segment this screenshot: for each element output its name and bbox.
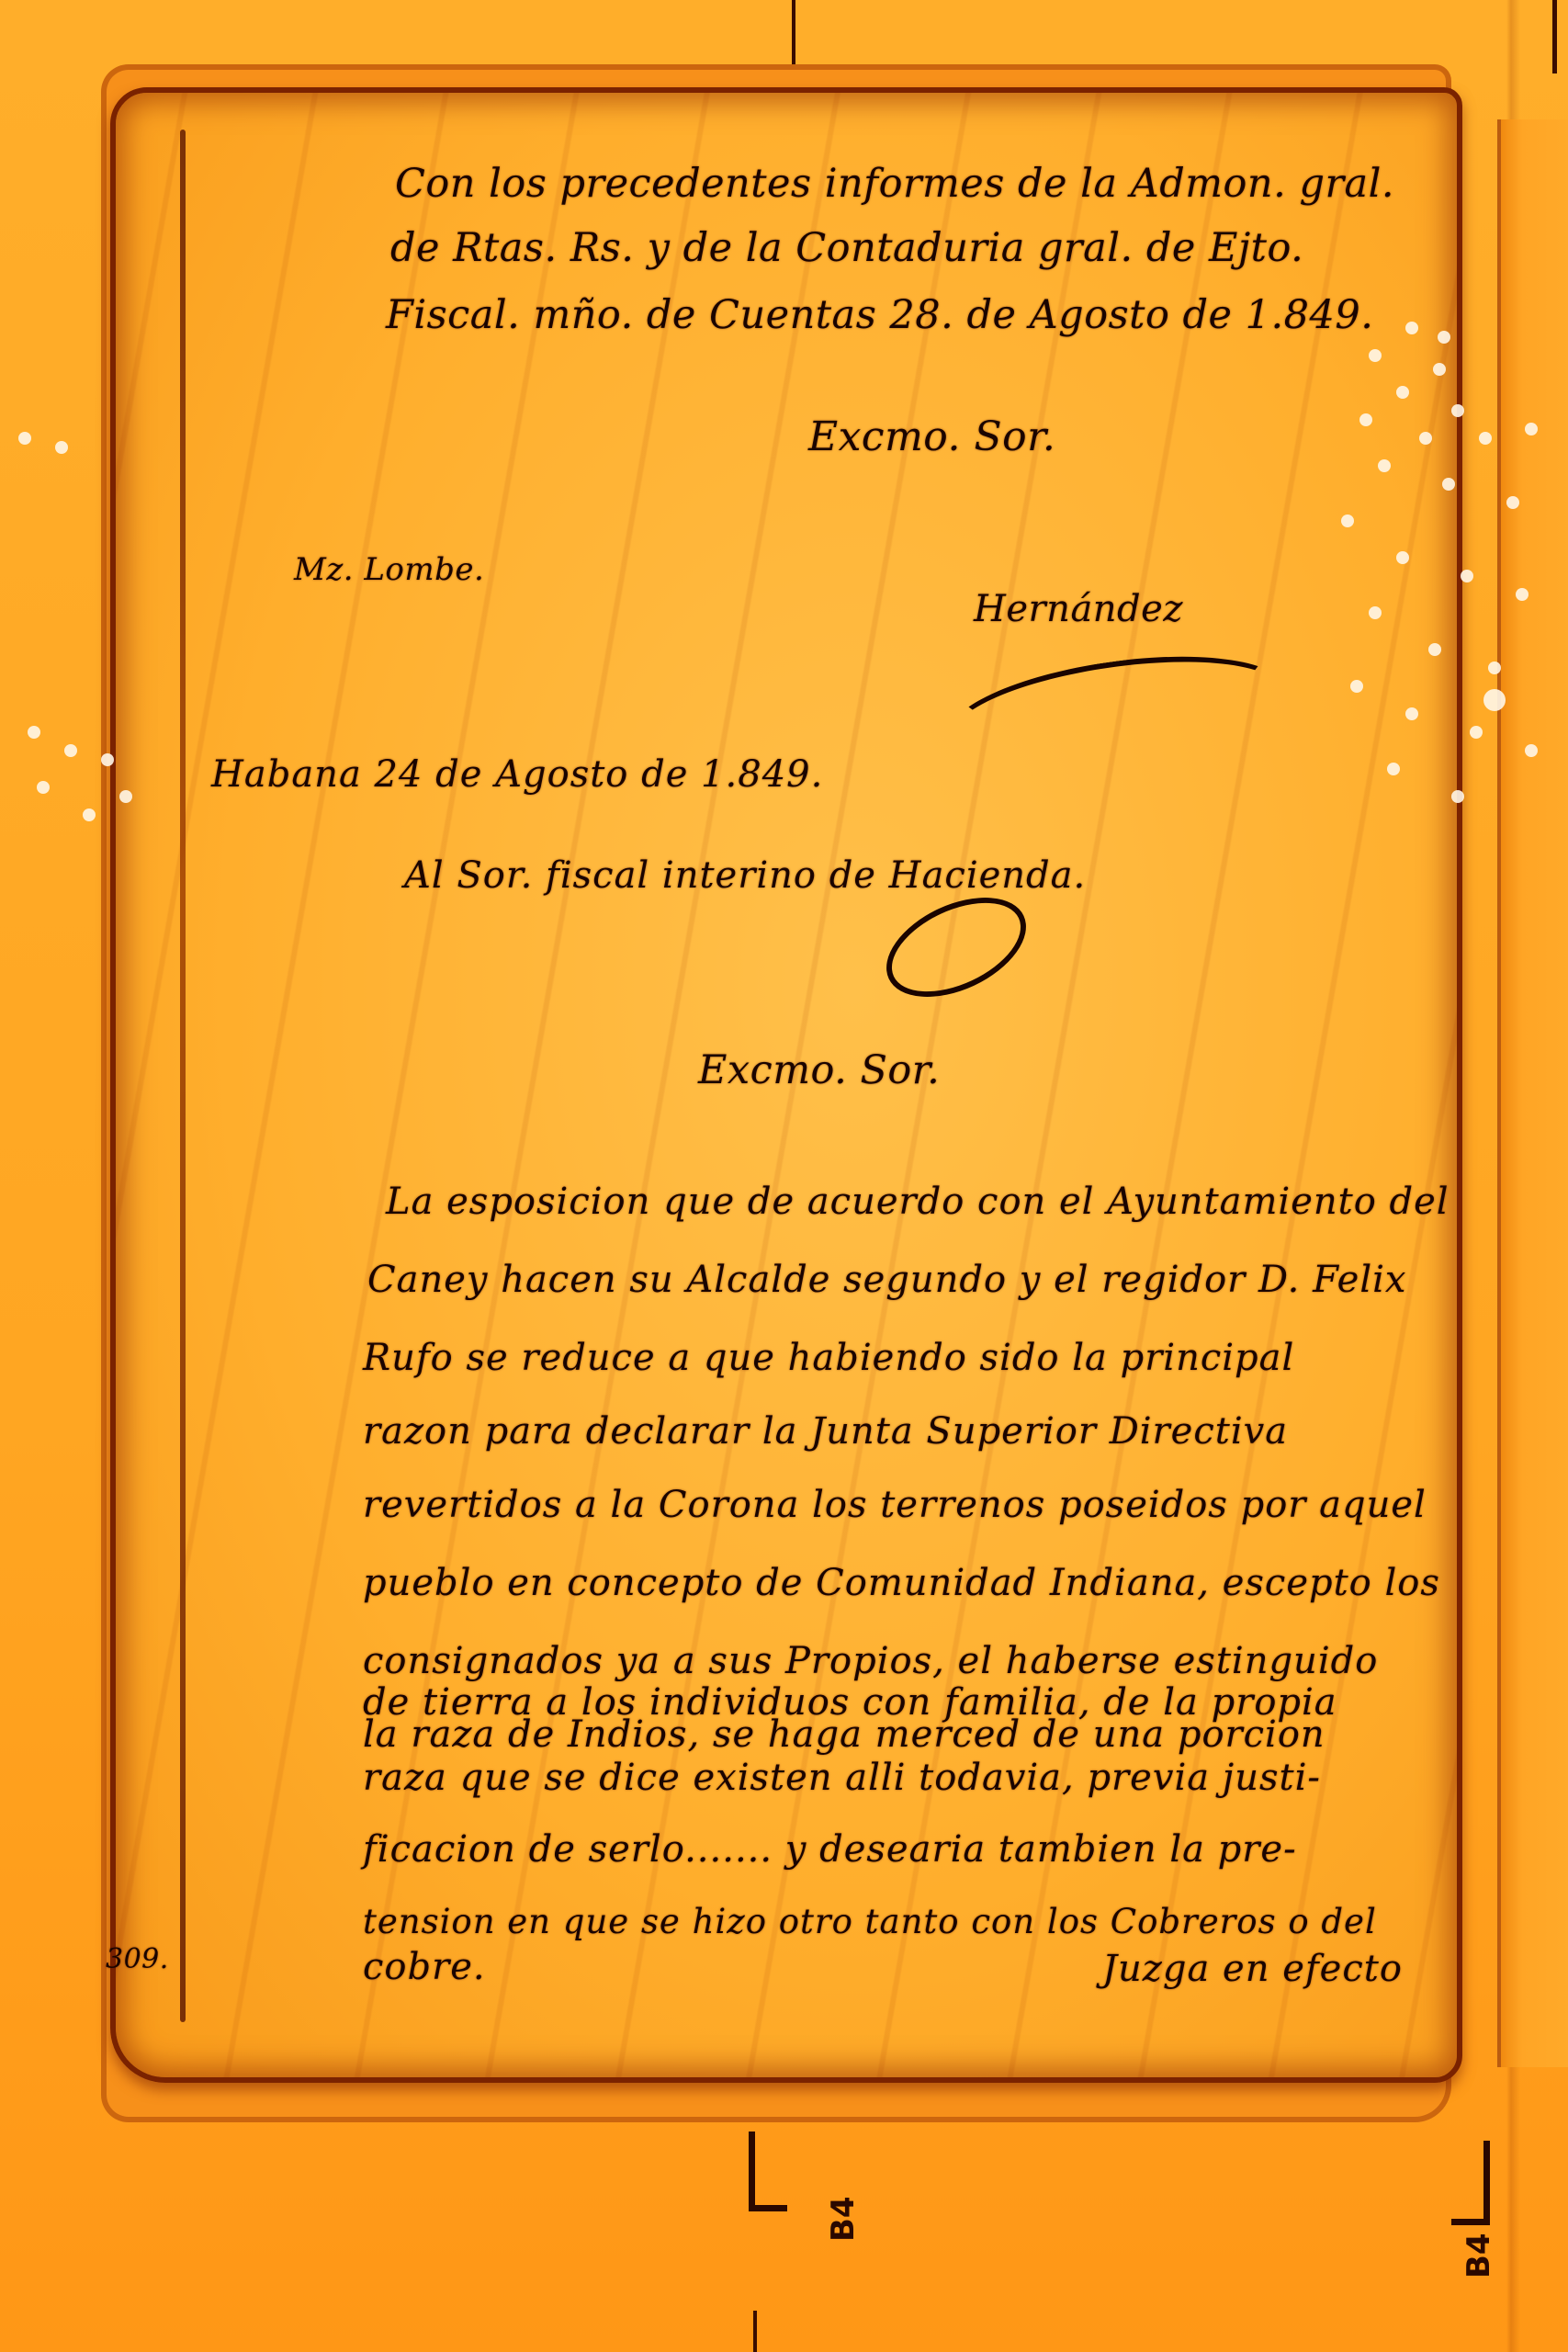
top-guide-line <box>792 0 795 64</box>
body-line-4: razon para declarar la Junta Superior Di… <box>363 1410 1288 1453</box>
crop-mark-right <box>1451 2141 1490 2225</box>
dateline: Habana 24 de Agosto de 1.849. <box>211 753 823 796</box>
body-line-12: tension en que se hizo otro tanto con lo… <box>363 1902 1377 1941</box>
folio-number: 309. <box>106 1943 169 1975</box>
body-line-11: ficacion de serlo....... y desearia tamb… <box>363 1828 1297 1871</box>
crop-mark-left <box>749 2131 787 2211</box>
referral-note: Al Sor. fiscal interino de Hacienda. <box>404 854 1086 897</box>
margin-label-b4-left: B4 <box>825 2196 862 2242</box>
bottom-guide-line <box>753 2311 757 2352</box>
closing-fragment: Juzga en efecto <box>1102 1948 1403 1990</box>
body-line-10: raza que se dice existen alli todavia, p… <box>363 1757 1321 1799</box>
margin-label-b4-right: B4 <box>1461 2233 1497 2278</box>
salutation-main: Excmo. Sor. <box>698 1047 940 1093</box>
body-line-3: Rufo se reduce a que habiendo sido la pr… <box>363 1337 1294 1379</box>
body-line-1: La esposicion que de acuerdo con el Ayun… <box>386 1181 1450 1223</box>
body-line-6: pueblo en concepto de Comunidad Indiana,… <box>363 1562 1440 1604</box>
header-line-3: Fiscal. mño. de Cuentas 28. de Agosto de… <box>386 292 1373 338</box>
body-line-5: revertidos a la Corona los terrenos pose… <box>363 1484 1427 1526</box>
salutation-top: Excmo. Sor. <box>808 413 1055 460</box>
page-fold-edge <box>180 130 186 2022</box>
adjacent-page-edge <box>1497 119 1568 2067</box>
left-signature: Mz. Lombe. <box>294 551 484 588</box>
right-guide-line <box>1552 0 1557 73</box>
body-line-tierra-shown: de tierra a los individuos con familia, … <box>363 1681 1337 1724</box>
header-line-1: Con los precedentes informes de la Admon… <box>395 161 1394 207</box>
right-signature: Hernández <box>974 588 1183 630</box>
body-line-13: cobre. <box>363 1946 486 1988</box>
body-line-2: Caney hacen su Alcalde segundo y el regi… <box>367 1259 1406 1301</box>
header-line-2: de Rtas. Rs. y de la Contaduria gral. de… <box>390 225 1303 271</box>
body-line-7: consignados ya a sus Propios, el haberse… <box>363 1640 1378 1682</box>
